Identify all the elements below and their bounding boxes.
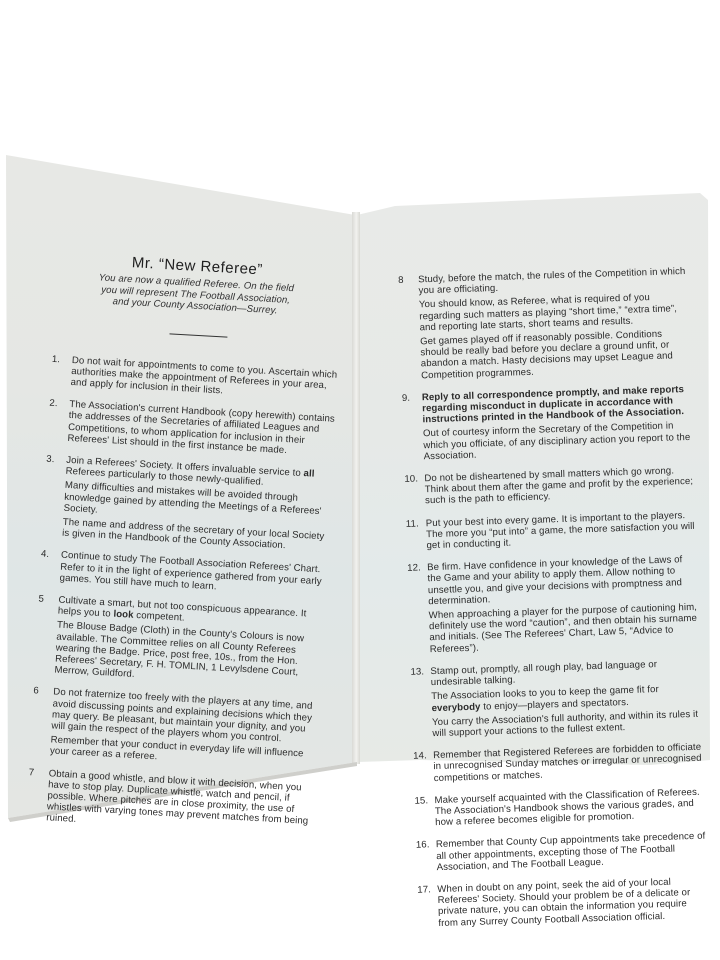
rule-text: Do not wait for appointments to come to …: [70, 354, 341, 403]
rule-text: You should know, as Referee, what is req…: [419, 291, 690, 333]
rule-number: 12.: [407, 563, 421, 575]
rule-number: 9.: [402, 393, 411, 404]
rule-text: Do not be disheartened by small matters …: [424, 465, 695, 507]
rule-number: 14.: [413, 750, 427, 762]
rule-item: 3.Join a Referees' Society. It offers in…: [42, 454, 336, 554]
rule-text: The Blouse Badge (Cloth) in the County's…: [54, 620, 327, 691]
rule-number: 16.: [416, 840, 430, 852]
rule-text-segment: You carry the Association's full authori…: [432, 708, 698, 739]
rule-text: You carry the Association's full authori…: [432, 708, 703, 739]
rule-number: 17.: [417, 884, 431, 896]
rule-text-segment: Get games played off if reasonably possi…: [420, 329, 673, 381]
rule-item: 7Obtain a good whistle, and blow it with…: [26, 767, 319, 839]
rule-number: 6: [33, 686, 39, 697]
rule-item: 2.The Association's current Handbook (co…: [47, 398, 339, 459]
rule-text: Put your best into every game. It is imp…: [426, 509, 697, 551]
rule-text: When approaching a player for the purpos…: [429, 602, 700, 655]
rule-item: 17.When in doubt on any point, seek the …: [417, 876, 708, 930]
rule-text: Be firm. Have confidence in your knowled…: [427, 554, 698, 607]
rule-number: 8: [398, 275, 404, 286]
rule-item: 16.Remember that County Cup appointments…: [416, 831, 707, 874]
rule-text: Reply to all correspondence promptly, an…: [422, 384, 693, 426]
rule-number: 13.: [410, 666, 424, 678]
rule-item: 15.Make yourself acquainted with the Cla…: [414, 786, 705, 829]
rule-emphasis: look: [113, 609, 134, 621]
rule-text-segment: Stamp out, promptly, all rough play, bad…: [430, 659, 657, 688]
rule-text-segment: competent.: [133, 610, 185, 624]
rule-item: 4.Continue to study The Football Associa…: [39, 549, 330, 599]
rules-list-right: 8Study, before the match, the rules of t…: [398, 266, 708, 930]
rule-text: Out of courtesy inform the Secretary of …: [423, 420, 694, 462]
rule-item: 11.Put your best into every game. It is …: [406, 509, 697, 552]
rule-text-segment: You should know, as Referee, what is req…: [419, 293, 677, 334]
rule-text-segment: Out of courtesy inform the Secretary of …: [423, 421, 691, 462]
rules-list-left: 1.Do not wait for appointments to come t…: [26, 353, 342, 839]
rule-number: 3.: [46, 454, 55, 466]
right-page-content: 8Study, before the match, the rules of t…: [398, 266, 709, 941]
divider: [169, 333, 227, 337]
rule-text: The Association's current Handbook (copy…: [67, 399, 339, 459]
rule-text: Remember that County Cup appointments ta…: [436, 831, 707, 873]
rule-item: 5Cultivate a smart, but not too conspicu…: [34, 593, 328, 690]
rule-emphasis: all: [303, 468, 315, 480]
rule-item: 12.Be firm. Have confidence in your know…: [407, 554, 700, 656]
rule-number: 15.: [414, 795, 428, 807]
rule-emphasis: everybody: [431, 701, 480, 714]
rule-item: 14.Remember that Registered Referees are…: [413, 742, 704, 785]
booklet-spine: [352, 212, 360, 764]
rule-number: 4.: [41, 549, 50, 561]
rule-number: 1.: [52, 353, 61, 365]
rule-item: 8Study, before the match, the rules of t…: [398, 266, 691, 382]
rule-text: Obtain a good whistle, and blow it with …: [46, 768, 319, 839]
rule-item: 9.Reply to all correspondence promptly, …: [402, 384, 694, 463]
rule-text: When in doubt on any point, seek the aid…: [437, 876, 708, 929]
rule-number: 5: [38, 593, 44, 604]
rule-number: 7: [28, 767, 34, 778]
rule-text: Remember that Registered Referees are fo…: [433, 742, 704, 784]
rule-emphasis: Reply to all correspondence promptly, an…: [422, 384, 685, 426]
rule-text: Make yourself acquainted with the Classi…: [434, 786, 705, 828]
rule-text: Get games played off if reasonably possi…: [420, 328, 691, 381]
rule-item: 10.Do not be disheartened by small matte…: [404, 465, 695, 508]
rule-number: 2.: [49, 398, 58, 410]
rule-text-segment: The Blouse Badge (Cloth) in the County's…: [54, 620, 304, 680]
rule-number: 10.: [404, 474, 418, 486]
rule-item: 13.Stamp out, promptly, all rough play, …: [410, 658, 702, 740]
left-page-content: Mr. “New Referee” You are now a qualifie…: [25, 250, 347, 850]
rule-item: 6Do not fraternize too freely with the p…: [30, 686, 323, 772]
rule-item: 1.Do not wait for appointments to come t…: [50, 353, 341, 403]
rule-text: Continue to study The Football Associati…: [59, 550, 330, 599]
title-block: Mr. “New Referee” You are now a qualifie…: [95, 252, 298, 318]
rule-number: 11.: [406, 518, 419, 530]
